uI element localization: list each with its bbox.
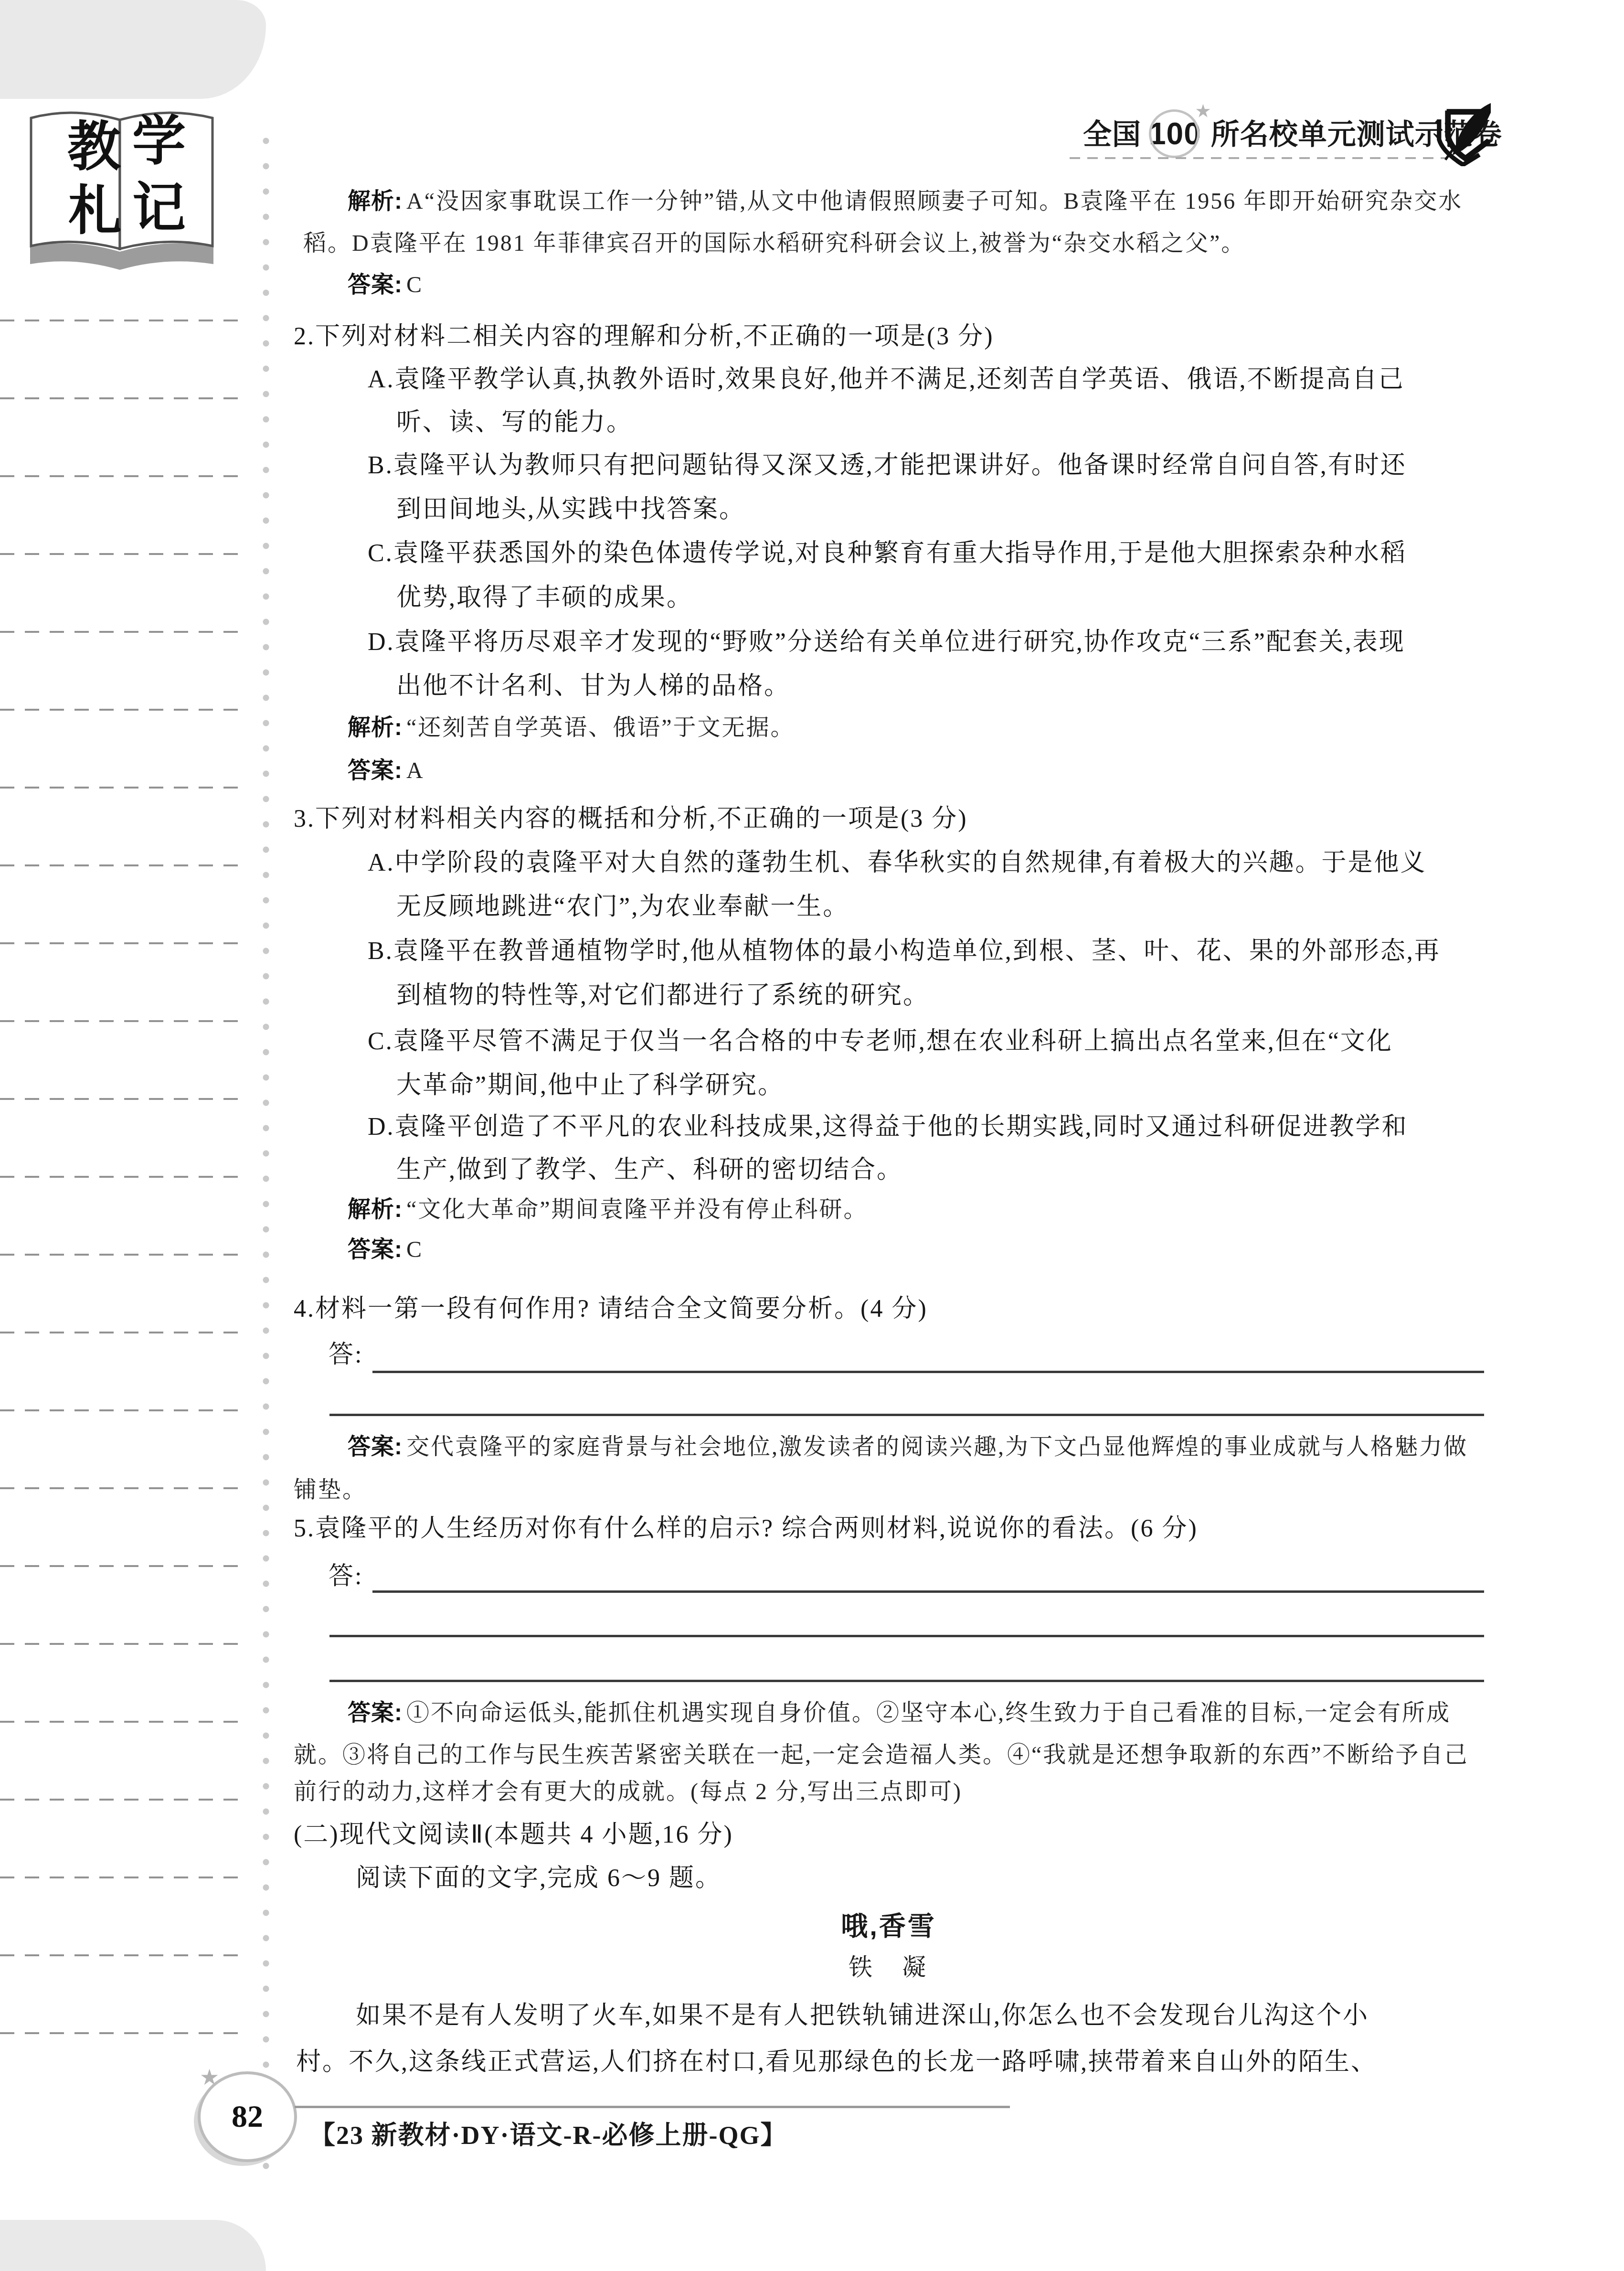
q3-option-b-cont: 到植物的特性等,对它们都进行了系统的研究。 bbox=[396, 982, 929, 1009]
q3-option-d-cont: 生产,做到了教学、生产、科研的密切结合。 bbox=[396, 1156, 903, 1183]
answer-q4-cont: 铺垫。 bbox=[294, 1478, 367, 1503]
sidebar-note-line bbox=[0, 787, 244, 789]
q2-option-a: A.袁隆平教学认真,执教外语时,效果良好,他并不满足,还刻苦自学英语、俄语,不断… bbox=[368, 366, 1405, 393]
q2-option-d-cont: 出他不计名利、甘为人梯的品格。 bbox=[396, 672, 790, 700]
sidebar-bottom-band bbox=[0, 2220, 266, 2271]
circle-ring-icon bbox=[1149, 109, 1199, 158]
q2-option-b: B.袁隆平认为教师只有把问题钻得又深又透,才能把课讲好。他备课时经常自问自答,有… bbox=[368, 452, 1407, 479]
logo-char: 学 bbox=[132, 115, 186, 169]
q2-option-c: C.袁隆平获悉国外的染色体遗传学说,对良种繁育有重大指导作用,于是他大胆探索杂种… bbox=[368, 540, 1407, 567]
sidebar-note-line bbox=[0, 1487, 244, 1489]
sidebar-note-line bbox=[0, 1409, 244, 1411]
sidebar-note-line bbox=[0, 1098, 244, 1100]
header-100-emblem: ★100 bbox=[1146, 116, 1204, 151]
question-3: 3.下列对材料相关内容的概括和分析,不正确的一项是(3 分) bbox=[294, 805, 968, 832]
sidebar-note-line bbox=[0, 2032, 244, 2034]
q5-answer-blank-line-2 bbox=[329, 1635, 1484, 1637]
story-author: 铁 凝 bbox=[294, 1954, 1484, 1981]
answer-q5-cont-1: 就。③将自己的工作与民生疾苦紧密关联在一起,一定会造福人类。④“我就是还想争取新… bbox=[294, 1743, 1469, 1768]
header-dashed-underline bbox=[1070, 157, 1448, 159]
sidebar-note-line bbox=[0, 631, 244, 633]
sidebar-note-line bbox=[0, 1332, 244, 1333]
sidebar-note-line bbox=[0, 553, 244, 555]
answer-q4: 答案:交代袁隆平的家庭背景与社会地位,激发读者的阅读兴趣,为下文凸显他辉煌的事业… bbox=[348, 1435, 1468, 1460]
answer-q2: 答案:A bbox=[348, 758, 425, 784]
sidebar-top-band bbox=[0, 0, 266, 99]
sidebar-note-line bbox=[0, 320, 244, 321]
answer-q3: 答案:C bbox=[348, 1237, 423, 1263]
q4-answer-prompt: 答: bbox=[329, 1341, 363, 1368]
sidebar-note-line bbox=[0, 1254, 244, 1256]
section-2-heading: (二)现代文阅读Ⅱ(本题共 4 小题,16 分) bbox=[294, 1821, 733, 1848]
sidebar-note-line bbox=[0, 397, 244, 399]
open-book-icon bbox=[26, 103, 217, 284]
q5-answer-blank-line-3 bbox=[329, 1680, 1484, 1682]
analysis-q2: 解析:“还刻苦自学英语、俄语”于文无据。 bbox=[348, 715, 795, 741]
sidebar-note-line bbox=[0, 942, 244, 944]
analysis-q1: 解析:A“没因家事耽误工作一分钟”错,从文中他请假照顾妻子可知。B袁隆平在 19… bbox=[348, 189, 1463, 214]
sidebar-note-line bbox=[0, 1565, 244, 1567]
q3-option-c-cont: 大革命”期间,他中止了科学研究。 bbox=[396, 1072, 784, 1099]
analysis-q1-cont: 稻。D袁隆平在 1981 年菲律宾召开的国际水稻研究科研会议上,被誉为“杂交水稻… bbox=[303, 231, 1245, 256]
story-title: 哦,香雪 bbox=[294, 1911, 1484, 1941]
quill-pen-icon bbox=[1428, 100, 1491, 166]
question-5: 5.袁隆平的人生经历对你有什么样的启示? 综合两则材料,说说你的看法。(6 分) bbox=[294, 1515, 1198, 1542]
q3-option-c: C.袁隆平尽管不满足于仅当一名合格的中专老师,想在农业科研上搞出点名堂来,但在“… bbox=[368, 1028, 1393, 1055]
q2-option-d: D.袁隆平将历尽艰辛才发现的“野败”分送给有关单位进行研究,协作攻克“三系”配套… bbox=[368, 629, 1405, 656]
q5-answer-prompt: 答: bbox=[329, 1563, 363, 1590]
q3-option-b: B.袁隆平在教普通植物学时,他从植物体的最小构造单位,到根、茎、叶、花、果的外部… bbox=[368, 938, 1441, 965]
logo-char: 教 bbox=[67, 121, 121, 174]
logo-char: 记 bbox=[132, 182, 186, 235]
q5-answer-blank-line-1 bbox=[372, 1590, 1484, 1593]
question-2: 2.下列对材料二相关内容的理解和分析,不正确的一项是(3 分) bbox=[294, 323, 994, 350]
q3-option-a-cont: 无反顾地跳进“农门”,为农业奉献一生。 bbox=[396, 893, 849, 920]
scanned-test-answer-page: { "icons": { "star": "★" }, "logo": { "c… bbox=[0, 0, 1624, 2271]
q3-option-a: A.中学阶段的袁隆平对大自然的蓬勃生机、春华秋实的自然规律,有着极大的兴趣。于是… bbox=[368, 849, 1427, 876]
sidebar-note-line bbox=[0, 864, 244, 866]
teaching-notes-logo: 教 学 札 记 bbox=[26, 103, 217, 284]
logo-char: 札 bbox=[68, 185, 122, 238]
sidebar-dotted-divider bbox=[262, 137, 270, 2181]
header-title-prefix: 全国 bbox=[1083, 119, 1141, 150]
q4-answer-blank-line-1 bbox=[372, 1371, 1484, 1373]
reading-instruction: 阅读下面的文字,完成 6～9 题。 bbox=[356, 1865, 722, 1892]
page-number-badge: 82 bbox=[198, 2071, 297, 2162]
footer-divider-line bbox=[295, 2106, 1010, 2108]
sidebar-note-line bbox=[0, 1954, 244, 1956]
sidebar-note-line bbox=[0, 1643, 244, 1645]
q3-option-d: D.袁隆平创造了不平凡的农业科技成果,这得益于他的长期实践,同时又通过科研促进教… bbox=[368, 1113, 1408, 1141]
story-paragraph-line-2: 村。不久,这条线正式营运,人们挤在村口,看见那绿色的长龙一路呼啸,挟带着来自山外… bbox=[296, 2048, 1377, 2076]
answer-q5: 答案:①不向命运低头,能抓住机遇实现自身价值。②坚守本心,终生致力于自己看准的目… bbox=[348, 1701, 1451, 1726]
sidebar-note-line bbox=[0, 1176, 244, 1178]
sidebar-note-line bbox=[0, 1877, 244, 1878]
answer-q5-cont-2: 前行的动力,这样才会有更大的成就。(每点 2 分,写出三点即可) bbox=[294, 1780, 962, 1805]
story-paragraph-line-1: 如果不是有人发明了火车,如果不是有人把铁轨铺进深山,你怎么也不会发现台儿沟这个小 bbox=[356, 2002, 1369, 2029]
q4-answer-blank-line-2 bbox=[329, 1414, 1484, 1416]
answer-q1: 答案:C bbox=[348, 273, 423, 298]
analysis-q3: 解析:“文化大革命”期间袁隆平并没有停止科研。 bbox=[348, 1197, 868, 1223]
sidebar-note-line bbox=[0, 709, 244, 711]
q2-option-a-cont: 听、读、写的能力。 bbox=[396, 409, 633, 436]
q2-option-c-cont: 优势,取得了丰硕的成果。 bbox=[396, 584, 693, 611]
page-number: 82 bbox=[232, 2099, 263, 2135]
q2-option-b-cont: 到田间地头,从实践中找答案。 bbox=[396, 496, 745, 523]
sidebar-note-line bbox=[0, 1020, 244, 1022]
star-icon: ★ bbox=[1196, 102, 1210, 121]
sidebar-note-line bbox=[0, 475, 244, 477]
sidebar-note-line bbox=[0, 1799, 244, 1801]
footer-book-label: 【23 新教材·DY·语文-R-必修上册-QG】 bbox=[309, 2115, 787, 2152]
question-4: 4.材料一第一段有何作用? 请结合全文简要分析。(4 分) bbox=[294, 1295, 928, 1322]
sidebar-note-line bbox=[0, 1721, 244, 1723]
